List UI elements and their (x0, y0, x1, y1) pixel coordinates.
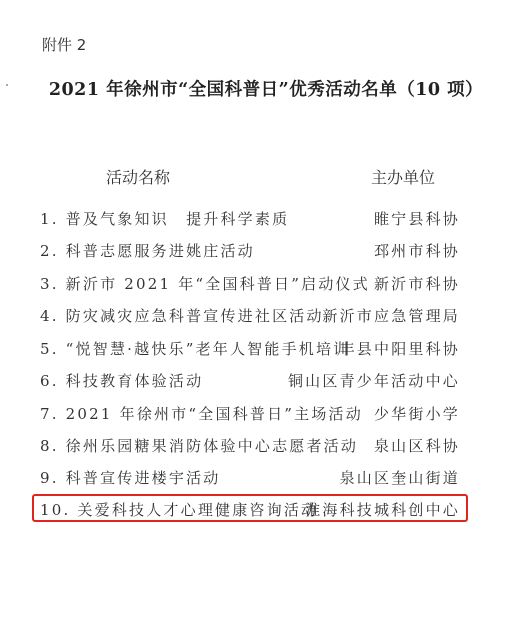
organizer: 丰县中阳里科协 (340, 338, 460, 359)
activity-name: 9. 科普宣传进楼宇活动 (40, 467, 220, 488)
list-item: 6. 科技教育体验活动 铜山区青少年活动中心 (40, 370, 460, 394)
activity-name: 3. 新沂市 2021 年“全国科普日”启动仪式 (40, 273, 370, 294)
list-item: 5. “悦智慧·越快乐”老年人智能手机培训 丰县中阳里科协 (40, 338, 460, 362)
highlight-box (32, 494, 468, 522)
list-item: 4. 防灾减灾应急科普宣传进社区活动 新沂市应急管理局 (40, 305, 460, 329)
activity-name: 4. 防灾减灾应急科普宣传进社区活动 (40, 305, 324, 326)
list-item: 7. 2021 年徐州市“全国科普日”主场活动 少华街小学 (40, 403, 460, 427)
organizer: 新沂市科协 (374, 273, 460, 294)
column-header-activity-name: 活动名称 (106, 165, 170, 188)
document-title: 2021 年徐州市“全国科普日”优秀活动名单（10 项） (0, 76, 532, 101)
organizer: 新沂市应急管理局 (322, 305, 460, 326)
attachment-label: 附件 2 (42, 34, 86, 55)
activity-name: 6. 科技教育体验活动 (40, 370, 203, 391)
activity-name: 5. “悦智慧·越快乐”老年人智能手机培训 (40, 338, 350, 359)
organizer: 少华街小学 (374, 403, 460, 424)
list-item: 9. 科普宣传进楼宇活动 泉山区奎山街道 (40, 467, 460, 491)
list-item: 8. 徐州乐园糖果消防体验中心志愿者活动 泉山区科协 (40, 435, 460, 459)
activity-name: 8. 徐州乐园糖果消防体验中心志愿者活动 (40, 435, 358, 456)
list-item: 1. 普及气象知识 提升科学素质 睢宁县科协 (40, 208, 460, 232)
organizer: 泉山区奎山街道 (340, 467, 460, 488)
organizer: 泉山区科协 (374, 435, 460, 456)
organizer: 睢宁县科协 (374, 208, 460, 229)
organizer: 铜山区青少年活动中心 (288, 370, 460, 391)
organizer: 邳州市科协 (374, 240, 460, 261)
activity-name: 7. 2021 年徐州市“全国科普日”主场活动 (40, 403, 363, 424)
activity-name: 2. 科普志愿服务进姚庄活动 (40, 240, 255, 261)
column-header-organizer: 主办单位 (371, 165, 435, 188)
list-item: 2. 科普志愿服务进姚庄活动 邳州市科协 (40, 240, 460, 264)
list-item: 3. 新沂市 2021 年“全国科普日”启动仪式 新沂市科协 (40, 273, 460, 297)
activity-name: 1. 普及气象知识 提升科学素质 (40, 208, 289, 229)
